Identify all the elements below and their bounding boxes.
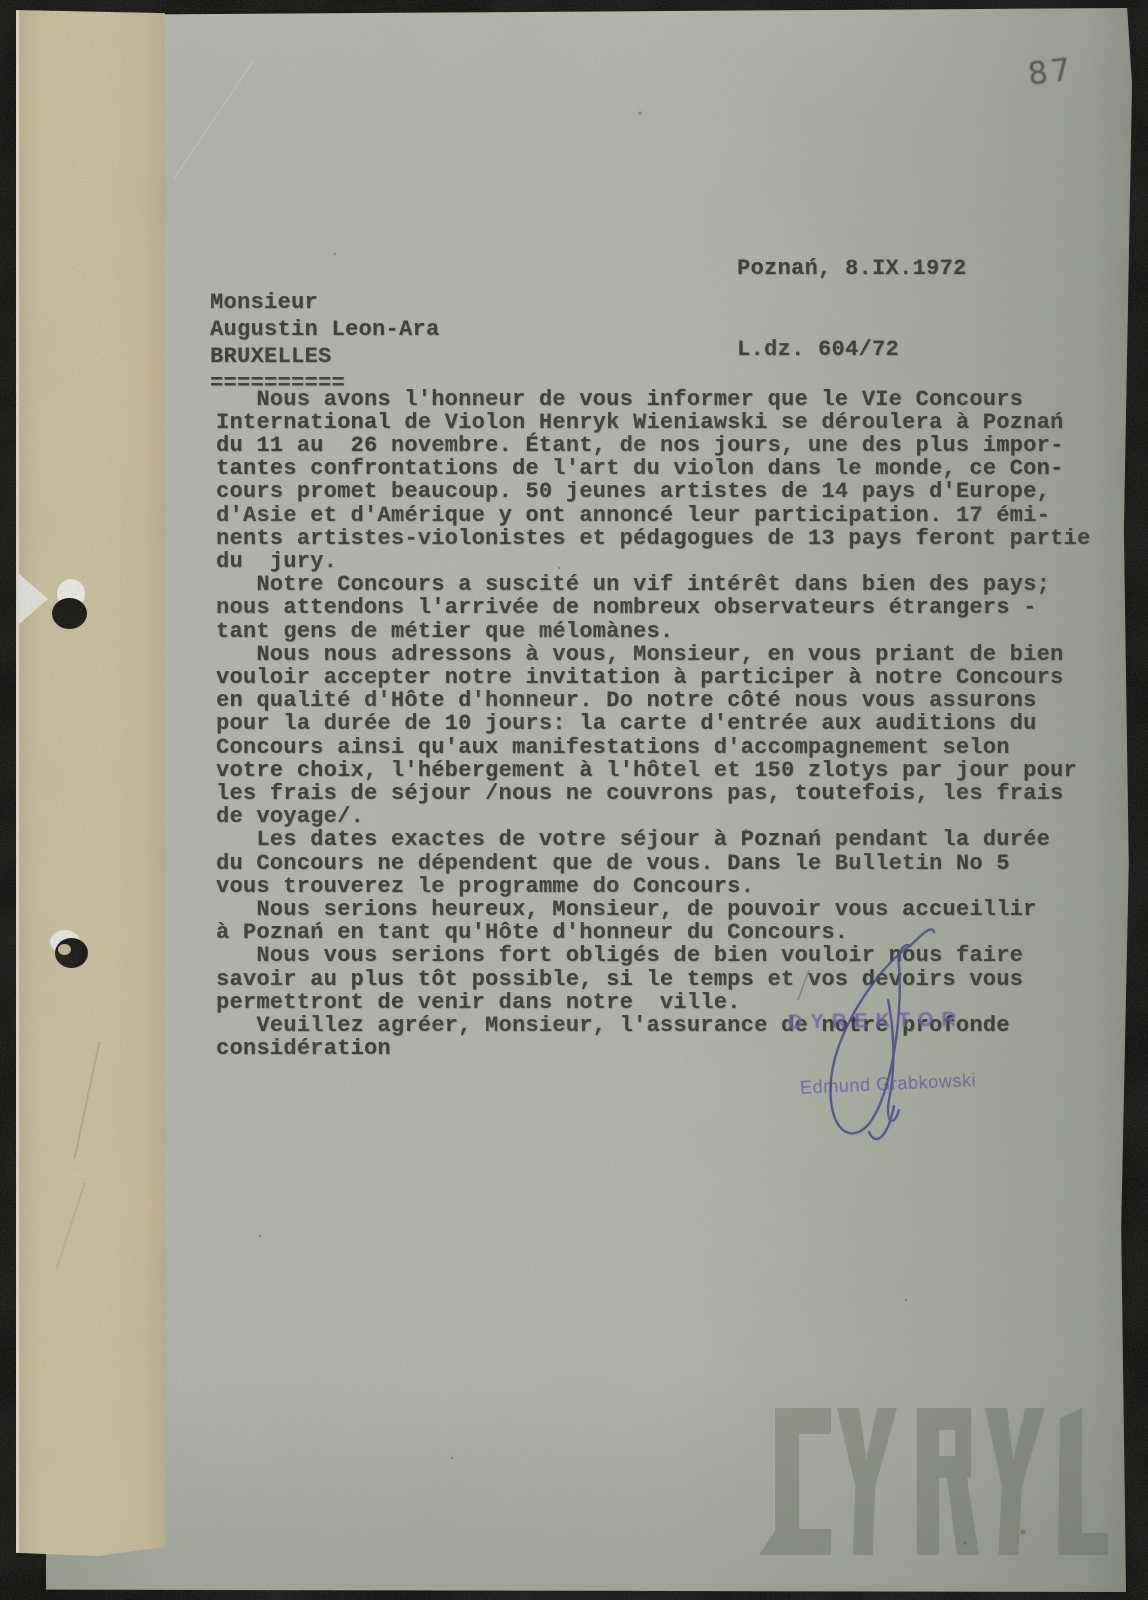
body-line: Nous nous adressons à vous, Monsieur, en… [216,643,1090,666]
body-line: Notre Concours a suscité un vif intérêt … [216,573,1090,596]
body-line: nents artistes-violonistes et pédagogues… [216,527,1090,550]
body-line: nous attendons l'arrivée de nombreux obs… [216,596,1090,619]
body-line: Nous serions heureux, Monsieur, de pouvo… [216,898,1090,921]
body-line: votre choix, l'hébergement à l'hôtel et … [216,759,1090,782]
body-line: tant gens de métier que mélomànes. [216,620,1090,643]
body-line: vouloir accepter notre invitation à part… [216,666,1090,689]
body-line: du 11 au 26 novembre. Étant, de nos jour… [216,434,1090,457]
director-stamp-title: DYREKTOR [788,1008,964,1034]
body-line: du jury. [216,550,1090,573]
body-line: Les dates exactes de votre séjour à Pozn… [216,828,1090,851]
director-stamp-name: Edmund Grabkowski [800,1070,977,1099]
body-line: les frais de séjour /nous ne couvrons pa… [216,782,1090,805]
punch-hole-top [52,598,87,629]
body-line: du Concours ne dépendent que de vous. Da… [216,852,1090,875]
body-line: tantes confrontations de l'art du violon… [216,457,1090,480]
watermark-letter-c [759,1408,831,1555]
body-line: pour la durée de 10 jours: la carte d'en… [216,712,1090,735]
punch-hole-paper-fleck [58,944,71,955]
watermark-letter-l [1058,1408,1108,1555]
scanned-letter-canvas: { "scan": { "page_number": "87", "waterm… [0,0,1148,1600]
watermark-letter-r [917,1408,979,1555]
body-line: cours promet beaucoup. 50 jeunes artiste… [216,480,1090,503]
body-line: Nous vous serions fort obligés de bien v… [216,944,1090,967]
body-line: considération [216,1037,1090,1060]
watermark-letter-y2 [977,1408,1045,1555]
watermark-letter-y1 [832,1408,897,1555]
body-line: Nous avons l'honneur de vous informer qu… [216,388,1090,411]
cyryl-watermark: CYRYL [746,1400,1146,1570]
backing-strip [16,10,165,1556]
body-line: Concours ainsi qu'aux manifestations d'a… [216,736,1090,759]
address-line: Monsieur [210,289,440,316]
letter-page: 87 MonsieurAugustin Leon-AraBRUXELLES===… [46,8,1132,1592]
letter-body: Nous avons l'honneur de vous informer qu… [216,318,1090,1061]
body-line: International de Violon Henryk Wieniawsk… [216,411,1090,434]
page-number: 87 [1026,51,1076,92]
body-line: d'Asie et d'Amérique y ont annoncé leur … [216,504,1090,527]
torn-edge-top [18,573,48,625]
body-line: à Poznań en tant qu'Hôte d'honneur du Co… [216,921,1090,944]
body-line: vous trouverez le programme do Concours. [216,875,1090,898]
body-line: de voyage/. [216,805,1090,828]
body-line: savoir au plus tôt possible, si le temps… [216,968,1090,991]
body-line: en qualité d'Hôte d'honneur. Do notre cô… [216,689,1090,712]
place-date-line: Poznań, 8.IX.1972 [737,255,967,282]
